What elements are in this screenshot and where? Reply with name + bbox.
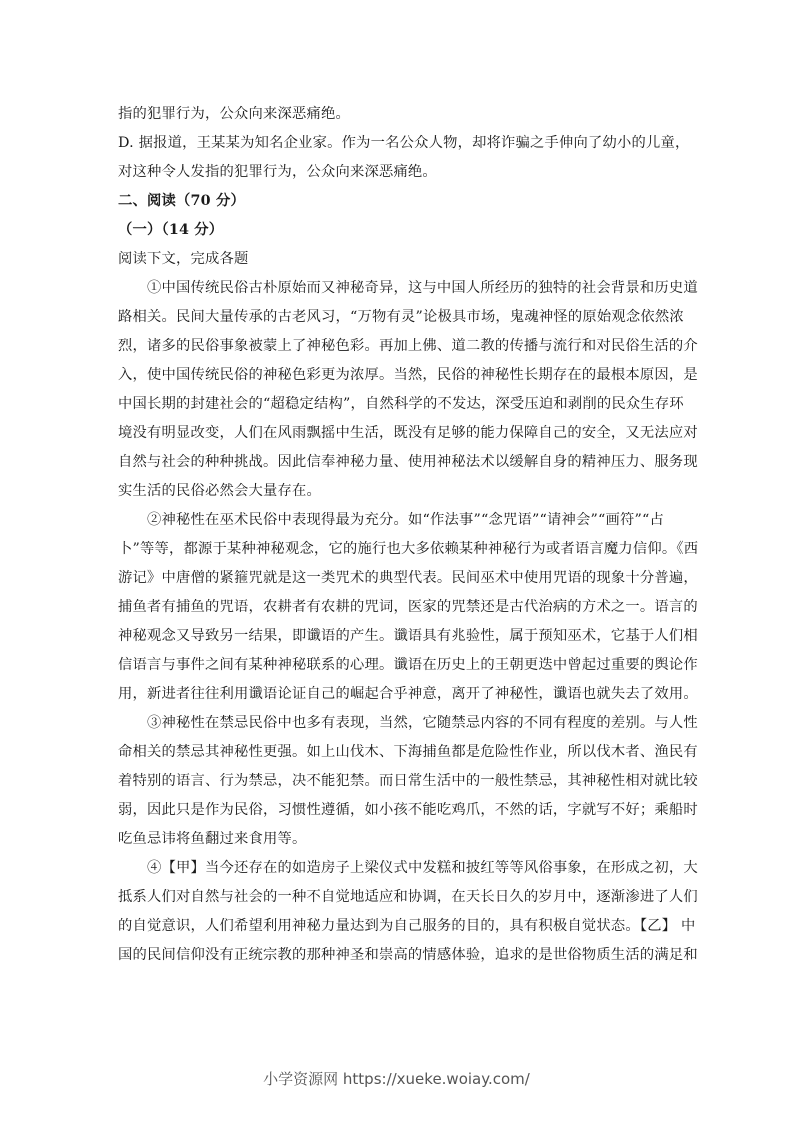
paragraph-line: 信语言与事件之间有某种神秘联系的心理。谶语在历史上的王朝更迭中曾起过重要的舆论作 (118, 651, 674, 680)
paragraph-line: 的自觉意识，人们希望利用神秘力量达到为自己服务的目的，具有积极自觉状态。【乙】 … (118, 912, 674, 941)
paragraph-line: 境没有明显改变，人们在风雨飘摇中生活，既没有足够的能力保障自己的安全，又无法应对 (118, 419, 674, 448)
reading-instruction: 阅读下文，完成各题 (118, 245, 674, 274)
document-page: 指的犯罪行为，公众向来深恶痛绝。 D. 据报道，王某某为知名企业家。作为一名公众… (118, 100, 674, 970)
paragraph-line: 烈，诸多的民俗事象被蒙上了神秘色彩。再加上佛、道二教的传播与流行和对民俗生活的介 (118, 332, 674, 361)
paragraph-line: 卜”等等，都源于某种神秘观念，它的施行也大多依赖某种神秘行为或者语言魔力信仰。《… (118, 535, 674, 564)
paragraph-4: ④【甲】当今还存在的如造房子上梁仪式中发糕和披红等等风俗事象，在形成之初，大 抵… (118, 854, 674, 970)
paragraph-line: 吃鱼忌讳将鱼翻过来食用等。 (118, 825, 674, 854)
paragraph-line: 路相关。民间大量传承的古老风习，“万物有灵”论极具市场，鬼魂神怪的原始观念依然浓 (118, 303, 674, 332)
paragraph-line: 实生活的民俗必然会大量存在。 (118, 477, 674, 506)
paragraph-line: 中国长期的封建社会的“超稳定结构”，自然科学的不发达，深受压迫和剥削的民众生存环 (118, 390, 674, 419)
paragraph-line: ②神秘性在巫术民俗中表现得最为充分。如“作法事”“念咒语”“请神会”“画符”“占 (118, 506, 674, 535)
paragraph-line: ①中国传统民俗古朴原始而又神秘奇异，这与中国人所经历的独特的社会背景和历史道 (118, 274, 674, 303)
paragraph-line: 入，使中国传统民俗的神秘色彩更为浓厚。当然，民俗的神秘性长期存在的最根本原因，是 (118, 361, 674, 390)
paragraph-line: 用，新进者往往利用谶语论证自己的崛起合乎神意，离开了神秘性，谶语也就失去了效用。 (118, 680, 674, 709)
paragraph-line: 命相关的禁忌其神秘性更强。如上山伐木、下海捕鱼都是危险性作业，所以伐木者、渔民有 (118, 738, 674, 767)
option-d-line-2: 对这种令人发指的犯罪行为，公众向来深恶痛绝。 (118, 158, 674, 187)
paragraph-line: ④【甲】当今还存在的如造房子上梁仪式中发糕和披红等等风俗事象，在形成之初，大 (118, 854, 674, 883)
paragraph-line: 神秘观念又导致另一结果，即谶语的产生。谶语具有兆验性，属于预知巫术，它基于人们相 (118, 622, 674, 651)
paragraph-3: ③神秘性在禁忌民俗中也多有表现，当然，它随禁忌内容的不同有程度的差别。与人性 命… (118, 709, 674, 854)
paragraph-line: 自然与社会的种种挑战。因此信奉神秘力量、使用神秘法术以缓解自身的精神压力、服务现 (118, 448, 674, 477)
paragraph-line: 弱，因此只是作为民俗，习惯性遵循，如小孩不能吃鸡爪，不然的话，字就写不好；乘船时 (118, 796, 674, 825)
paragraph-1: ①中国传统民俗古朴原始而又神秘奇异，这与中国人所经历的独特的社会背景和历史道 路… (118, 274, 674, 506)
subsection-title: （一）（14 分） (118, 216, 674, 245)
paragraph-2: ②神秘性在巫术民俗中表现得最为充分。如“作法事”“念咒语”“请神会”“画符”“占… (118, 506, 674, 709)
paragraph-line: 游记》中唐僧的紧箍咒就是这一类咒术的典型代表。民间巫术中使用咒语的现象十分普遍， (118, 564, 674, 593)
section-title: 二、阅读（70 分） (118, 187, 674, 216)
paragraph-line: 抵系人们对自然与社会的一种不自觉地适应和协调，在天长日久的岁月中，逐渐渗进了人们 (118, 883, 674, 912)
paragraph-line: 国的民间信仰没有正统宗教的那种神圣和崇高的情感体验，追求的是世俗物质生活的满足和 (118, 941, 674, 970)
option-d-line-1: D. 据报道，王某某为知名企业家。作为一名公众人物，却将诈骗之手伸向了幼小的儿童… (118, 129, 674, 158)
footer-watermark: 小学资源网 https://xueke.woiay.com/ (0, 1068, 793, 1089)
option-c-continuation: 指的犯罪行为，公众向来深恶痛绝。 (118, 100, 674, 129)
paragraph-line: ③神秘性在禁忌民俗中也多有表现，当然，它随禁忌内容的不同有程度的差别。与人性 (118, 709, 674, 738)
paragraph-line: 捕鱼者有捕鱼的咒语，农耕者有农耕的咒词，医家的咒禁还是古代治病的方术之一。语言的 (118, 593, 674, 622)
paragraph-line: 着特别的语言、行为禁忌，决不能犯禁。而日常生活中的一般性禁忌，其神秘性相对就比较 (118, 767, 674, 796)
